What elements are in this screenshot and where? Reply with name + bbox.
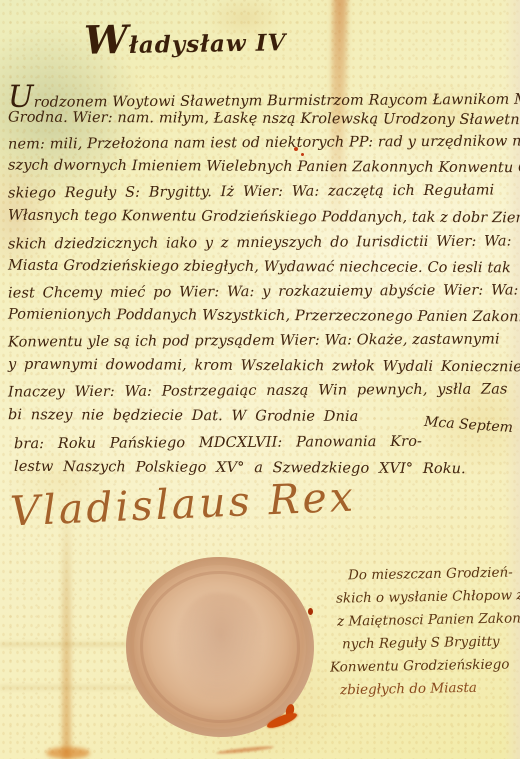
- docket-line: zbiegłych do Miasta: [340, 680, 477, 698]
- docket-line: nych Reguły S Brygitty: [342, 634, 500, 653]
- wax-drop-icon: [308, 608, 313, 615]
- body-line: nem: mili, Przełożona nam iest od niekto…: [8, 132, 520, 154]
- docket-line: z Maiętnosci Panien Zakon-: [337, 610, 520, 629]
- body-line: szych dwornych Imieniem Wielebnych Panie…: [8, 156, 520, 178]
- body-line: Miasta Grodzieńskiego zbiegłych, Wydawać…: [8, 257, 511, 279]
- body-line: Inaczey Wier: Wa: Postrzegaiąc naszą Win…: [8, 380, 508, 402]
- docket-line: Konwentu Grodzieńskiego: [330, 656, 510, 675]
- body-line: skiego Reguły S: Brygitty. Iż Wier: Wa: …: [8, 182, 494, 204]
- body-line: y prawnymi dowodami, krom Wszelakich zwł…: [8, 356, 520, 378]
- ink-speck: [294, 147, 298, 151]
- body-line: skich dziedzicznych iako y z mnieyszych …: [8, 232, 512, 254]
- body-line: bi nszey nie będziecie Dat. W Grodnie Dn…: [8, 406, 359, 427]
- manuscript-scan: Władysław IV Urodzonem Woytowi Sławetnym…: [0, 0, 520, 759]
- body-line: Pomienionych Poddanych Wszystkich, Przer…: [8, 306, 520, 328]
- body-line: Grodna. Wier: nam. miłym, Łaskę nszą Kro…: [8, 109, 520, 131]
- body-line: lestw Naszych Polskiego XV° a Szwedzkieg…: [14, 458, 466, 479]
- ink-speck: [301, 153, 304, 156]
- edge-stain: [46, 747, 90, 759]
- month-note: Mca Septem: [424, 414, 514, 436]
- body-line: Własnych tego Konwentu Grodzieńskiego Po…: [8, 207, 520, 229]
- body-line: iest Chcemy mieć po Wier: Wa: y rozkazui…: [8, 281, 519, 303]
- docket-line: skich o wysłanie Chłopow z: [336, 587, 520, 606]
- docket-line: Do mieszczan Grodzień-: [348, 565, 513, 584]
- body-line: bra: Roku Pańskiego MDCXLVII: Panowania …: [14, 433, 422, 454]
- body-line: Konwentu yle są ich pod przysądem Wier: …: [8, 330, 500, 352]
